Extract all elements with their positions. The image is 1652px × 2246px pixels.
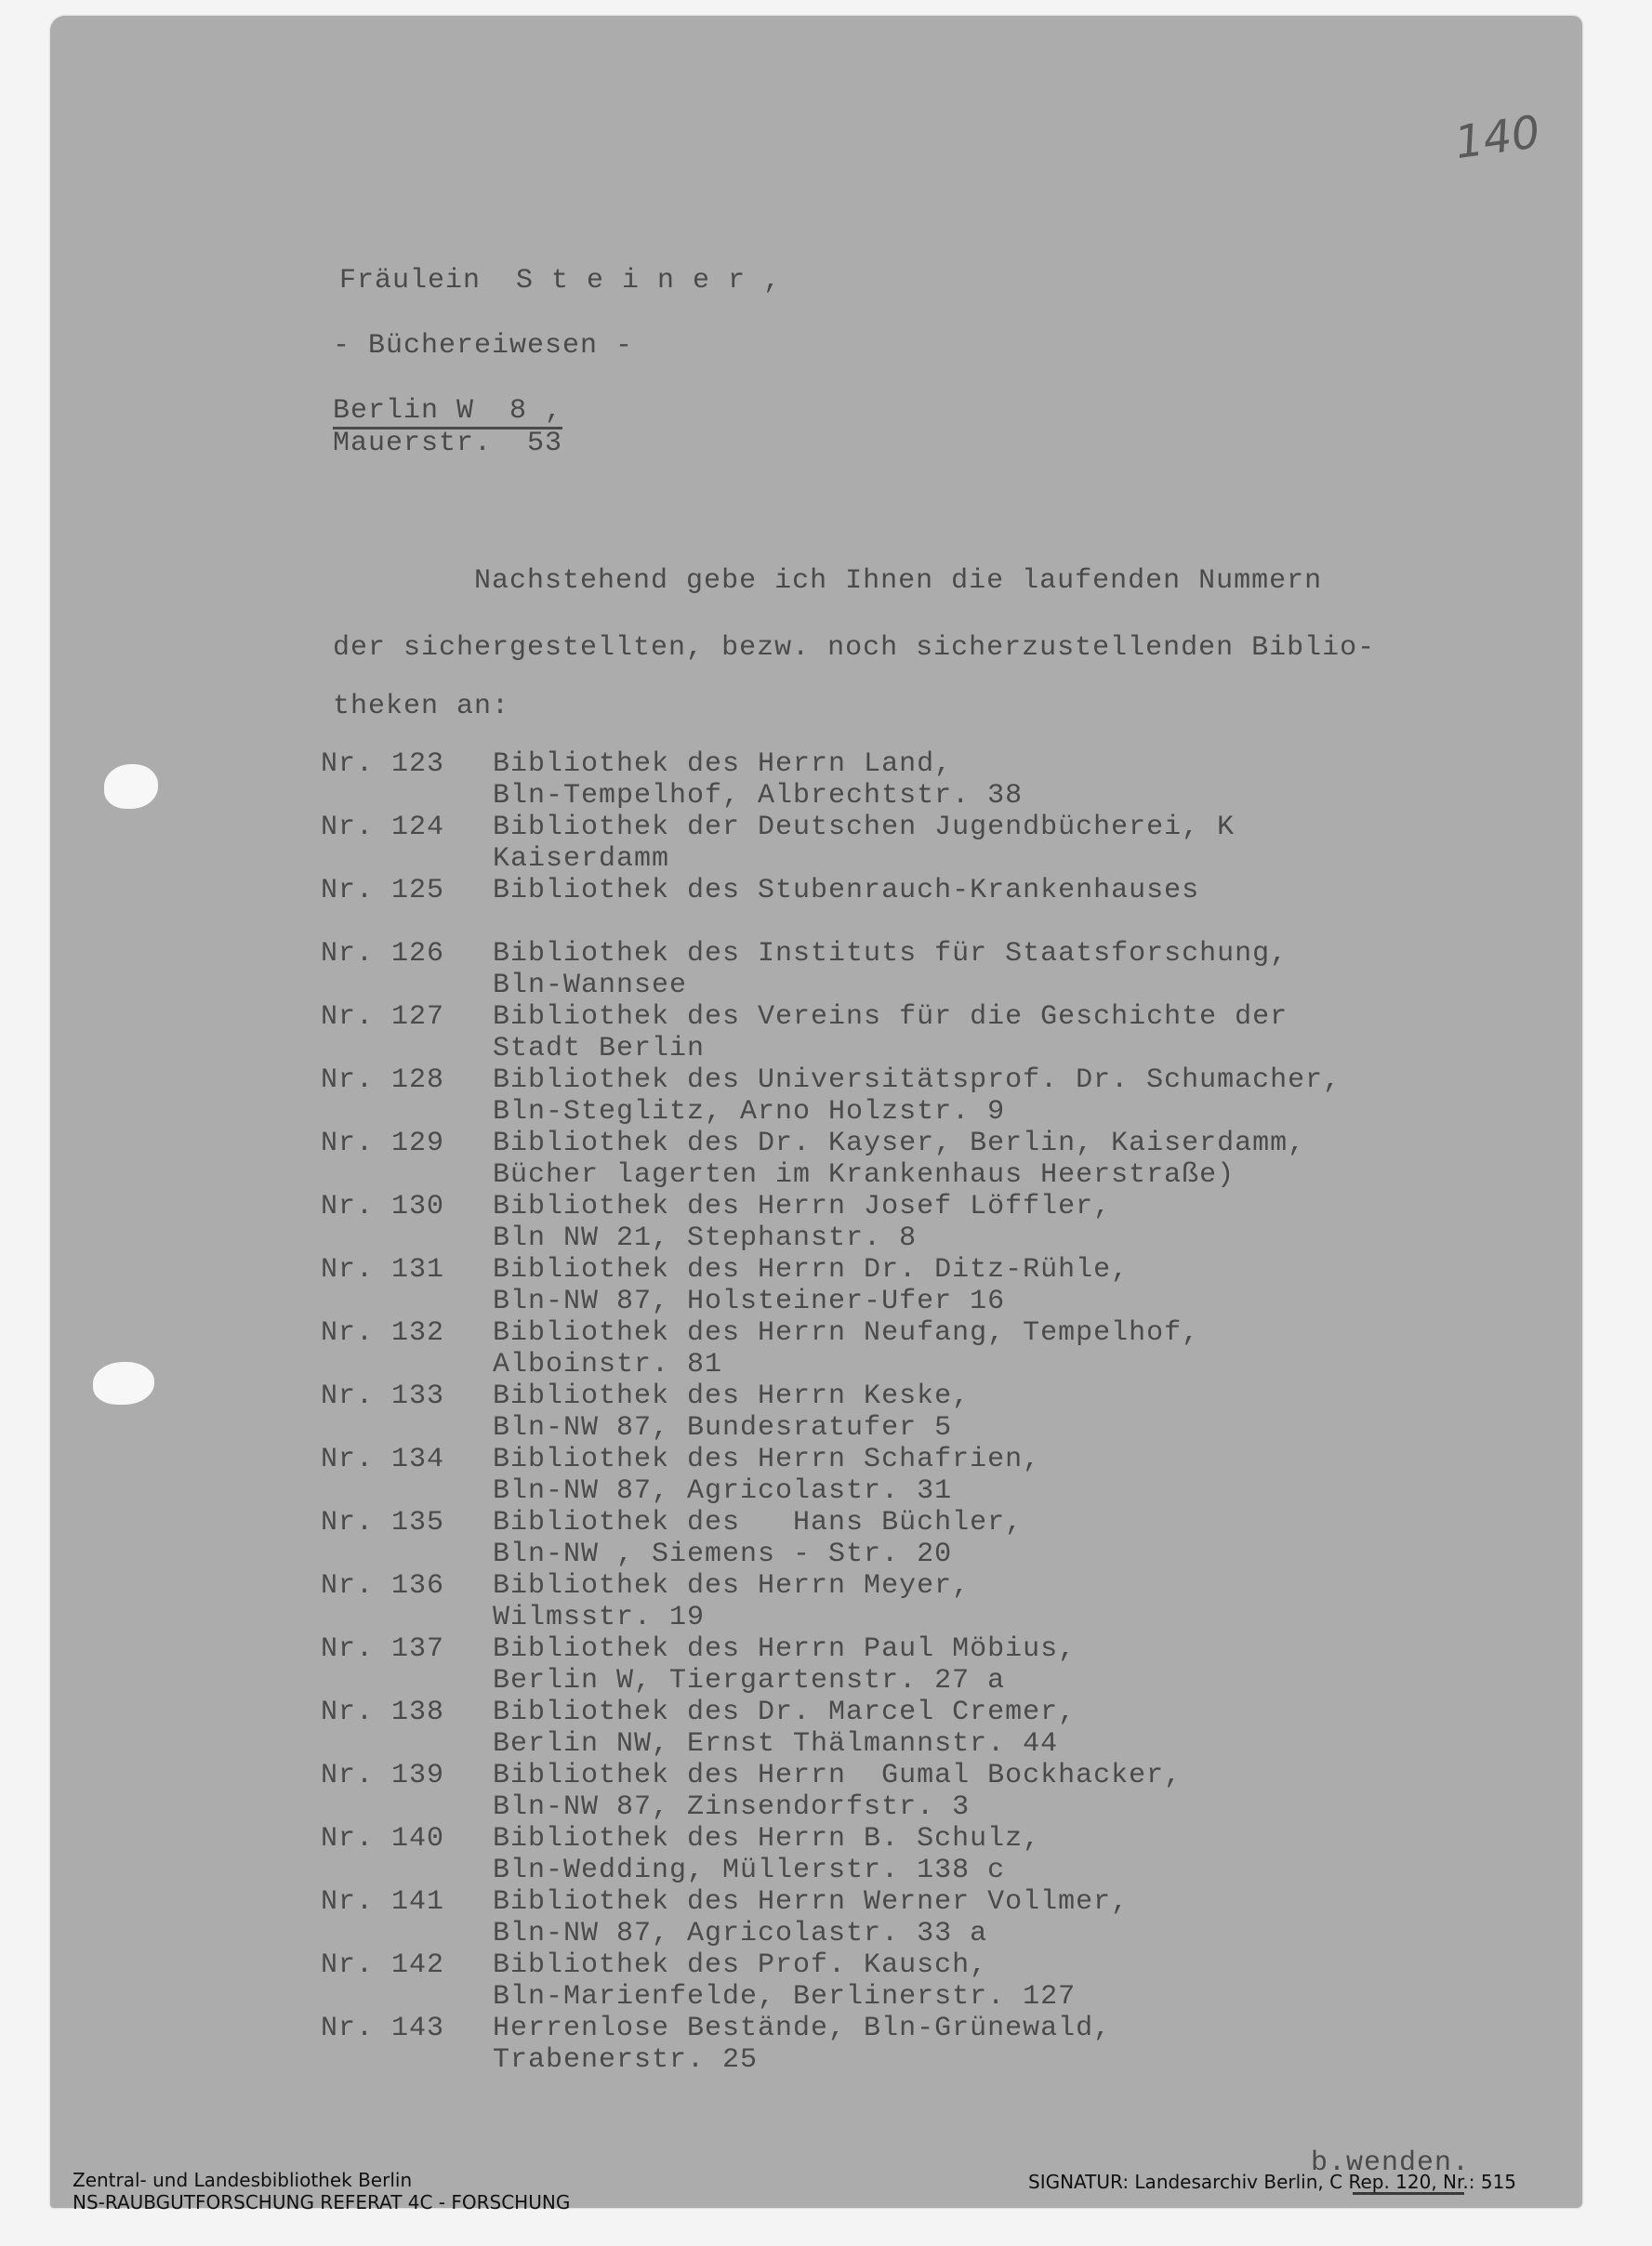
- entry-number: Nr. 127: [321, 1001, 493, 1064]
- entry-number: Nr. 124: [321, 812, 493, 875]
- entry-library-name: Bibliothek des Herrn Dr. Ditz-Rühle,: [493, 1254, 1129, 1286]
- entry-library-name: Bibliothek des Dr. Marcel Cremer,: [493, 1697, 1076, 1728]
- entry-address: Berlin NW, Ernst Thälmannstr. 44: [493, 1728, 1076, 1760]
- recipient-name: Fräulein S t e i n e r ,: [339, 265, 781, 297]
- entry-number: Nr. 143: [321, 2013, 493, 2076]
- list-item: Nr. 143Herrenlose Bestände, Bln-Grünewal…: [321, 2013, 1483, 2076]
- entry-number: Nr. 139: [321, 1760, 493, 1823]
- list-item: Nr. 141Bibliothek des Herrn Werner Vollm…: [321, 1886, 1483, 1949]
- list-item: Nr. 124Bibliothek der Deutschen Jugendbü…: [321, 812, 1483, 875]
- intro-line-2: der sichergestellten, bezw. noch sicherz…: [333, 632, 1375, 664]
- entry-library-name: Bibliothek des Herrn Meyer,: [493, 1570, 970, 1602]
- entry-number: Nr. 129: [321, 1128, 493, 1191]
- entry-address: Wilmsstr. 19: [493, 1602, 970, 1633]
- list-item: Nr. 128Bibliothek des Universitätsprof. …: [321, 1064, 1483, 1128]
- entry-number: Nr. 126: [321, 938, 493, 1001]
- list-item: Nr. 127Bibliothek des Vereins für die Ge…: [321, 1001, 1483, 1064]
- entry-library-name: Bibliothek des Instituts für Staatsforsc…: [493, 938, 1288, 970]
- footer-left-line1: Zentral- und Landesbibliothek Berlin: [73, 2169, 412, 2191]
- punch-hole-top: [104, 764, 158, 809]
- footer-signature: SIGNATUR: Landesarchiv Berlin, C Rep. 12…: [1028, 2171, 1516, 2193]
- entry-number: Nr. 131: [321, 1254, 493, 1317]
- intro-line-3: theken an:: [333, 691, 509, 722]
- list-item: Nr. 126Bibliothek des Instituts für Staa…: [321, 938, 1483, 1001]
- entry-address: Bln-Marienfelde, Berlinerstr. 127: [493, 1981, 1076, 2013]
- entry-address: Kaiserdamm: [493, 843, 1235, 875]
- list-item: Nr. 133Bibliothek des Herrn Keske,Bln-NW…: [321, 1381, 1483, 1444]
- entry-library-name: Bibliothek des Herrn Gumal Bockhacker,: [493, 1760, 1182, 1791]
- recipient-city: Berlin W 8 ,: [333, 395, 562, 429]
- entry-library-name: Bibliothek des Stubenrauch-Krankenhauses: [493, 875, 1199, 906]
- footer-left-line2: NS-RAUBGUTFORSCHUNG REFERAT 4C - FORSCHU…: [73, 2191, 570, 2213]
- entry-address: Trabenerstr. 25: [493, 2044, 1111, 2076]
- entry-library-name: Bibliothek des Herrn B. Schulz,: [493, 1823, 1040, 1855]
- list-item: Nr. 136Bibliothek des Herrn Meyer,Wilmss…: [321, 1570, 1483, 1633]
- punch-hole-bottom: [93, 1362, 154, 1405]
- entry-library-name: Bibliothek des Herrn Land,: [493, 748, 1023, 780]
- list-item: Nr. 142Bibliothek des Prof. Kausch,Bln-M…: [321, 1949, 1483, 2013]
- entry-address: Alboinstr. 81: [493, 1349, 1199, 1381]
- recipient-department: - Büchereiwesen -: [333, 330, 633, 362]
- list-item: Nr. 131Bibliothek des Herrn Dr. Ditz-Rüh…: [321, 1254, 1483, 1317]
- entry-address: Bücher lagerten im Krankenhaus Heerstraß…: [493, 1159, 1305, 1191]
- entry-library-name: Bibliothek der Deutschen Jugendbücherei,…: [493, 812, 1235, 843]
- entry-number: Nr. 134: [321, 1444, 493, 1507]
- entry-number: Nr. 136: [321, 1570, 493, 1633]
- entry-number: Nr. 137: [321, 1633, 493, 1697]
- entry-address: Berlin W, Tiergartenstr. 27 a: [493, 1665, 1076, 1697]
- recipient-street: Mauerstr. 53: [333, 428, 562, 459]
- entry-address: Bln-NW 87, Agricolastr. 33 a: [493, 1918, 1129, 1949]
- entry-library-name: Bibliothek des Herrn Neufang, Tempelhof,: [493, 1317, 1199, 1349]
- entry-number: Nr. 133: [321, 1381, 493, 1444]
- entry-number: Nr. 132: [321, 1317, 493, 1381]
- entry-library-name: Bibliothek des Herrn Paul Möbius,: [493, 1633, 1076, 1665]
- entry-library-name: Bibliothek des Herrn Schafrien,: [493, 1444, 1040, 1475]
- list-item: Nr. 140Bibliothek des Herrn B. Schulz,Bl…: [321, 1823, 1483, 1886]
- entry-library-name: Bibliothek des Universitätsprof. Dr. Sch…: [493, 1064, 1341, 1096]
- entry-address: Bln-NW 87, Zinsendorfstr. 3: [493, 1791, 1182, 1823]
- entry-number: Nr. 138: [321, 1697, 493, 1760]
- list-item: Nr. 123Bibliothek des Herrn Land,Bln-Tem…: [321, 748, 1483, 812]
- entry-address: Stadt Berlin: [493, 1033, 1288, 1064]
- entry-address: Bln NW 21, Stephanstr. 8: [493, 1222, 1111, 1254]
- entry-number: Nr. 141: [321, 1886, 493, 1949]
- entry-address: Bln-Wedding, Müllerstr. 138 c: [493, 1855, 1040, 1886]
- entry-library-name: Bibliothek des Vereins für die Geschicht…: [493, 1001, 1288, 1033]
- list-item: Nr. 139Bibliothek des Herrn Gumal Bockha…: [321, 1760, 1483, 1823]
- entry-number: Nr. 130: [321, 1191, 493, 1254]
- list-item: Nr. 132Bibliothek des Herrn Neufang, Tem…: [321, 1317, 1483, 1381]
- entry-address: Bln-NW 87, Bundesratufer 5: [493, 1412, 970, 1444]
- list-item: Nr. 129Bibliothek des Dr. Kayser, Berlin…: [321, 1128, 1483, 1191]
- entry-library-name: Bibliothek des Prof. Kausch,: [493, 1949, 1076, 1981]
- entry-address: Bln-Wannsee: [493, 970, 1288, 1001]
- list-item: Nr. 134Bibliothek des Herrn Schafrien,Bl…: [321, 1444, 1483, 1507]
- list-item: Nr. 138Bibliothek des Dr. Marcel Cremer,…: [321, 1697, 1483, 1760]
- entry-library-name: Bibliothek des Herrn Keske,: [493, 1381, 970, 1412]
- entry-number: Nr. 142: [321, 1949, 493, 2013]
- entry-library-name: Bibliothek des Dr. Kayser, Berlin, Kaise…: [493, 1128, 1305, 1159]
- intro-line-1: Nachstehend gebe ich Ihnen die laufenden…: [333, 565, 1322, 597]
- entry-library-name: Herrenlose Bestände, Bln-Grünewald,: [493, 2013, 1111, 2044]
- entry-number: Nr. 123: [321, 748, 493, 812]
- list-item: Nr. 137Bibliothek des Herrn Paul Möbius,…: [321, 1633, 1483, 1697]
- entry-library-name: Bibliothek des Herrn Josef Löffler,: [493, 1191, 1111, 1222]
- list-item: Nr. 130Bibliothek des Herrn Josef Löffle…: [321, 1191, 1483, 1254]
- entry-library-name: Bibliothek des Herrn Werner Vollmer,: [493, 1886, 1129, 1918]
- entry-number: Nr. 140: [321, 1823, 493, 1886]
- library-list: Nr. 123Bibliothek des Herrn Land,Bln-Tem…: [321, 748, 1483, 2076]
- list-item: Nr. 125Bibliothek des Stubenrauch-Kranke…: [321, 875, 1483, 906]
- entry-address: Bln-NW 87, Agricolastr. 31: [493, 1475, 1040, 1507]
- entry-number: Nr. 128: [321, 1064, 493, 1128]
- entry-address: Bln-Tempelhof, Albrechtstr. 38: [493, 780, 1023, 812]
- entry-address: Bln-NW 87, Holsteiner-Ufer 16: [493, 1286, 1129, 1317]
- entry-number: Nr. 125: [321, 875, 493, 906]
- entry-address: Bln-Steglitz, Arno Holzstr. 9: [493, 1096, 1341, 1128]
- list-item: Nr. 135Bibliothek des Hans Büchler,Bln-N…: [321, 1507, 1483, 1570]
- entry-library-name: Bibliothek des Hans Büchler,: [493, 1507, 1023, 1539]
- entry-number: Nr. 135: [321, 1507, 493, 1570]
- entry-address: Bln-NW , Siemens - Str. 20: [493, 1539, 1023, 1570]
